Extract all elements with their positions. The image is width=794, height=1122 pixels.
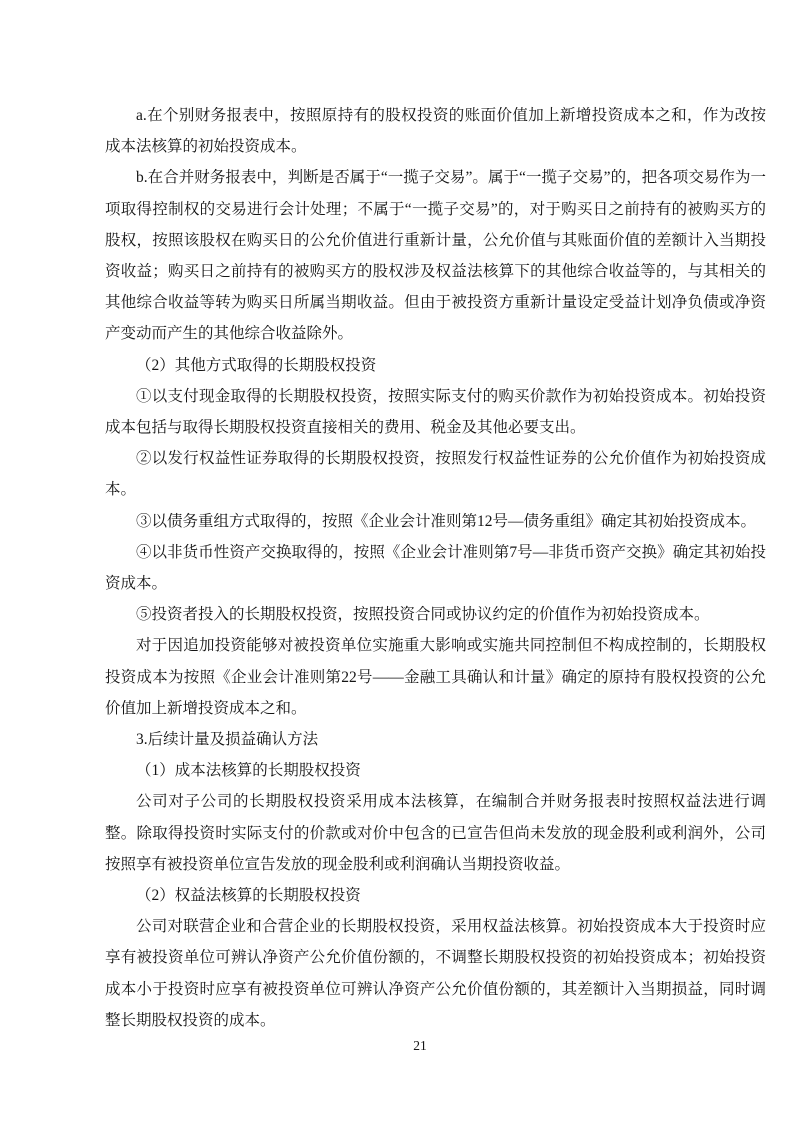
heading-cost-method: （1）成本法核算的长期股权投资 [105, 755, 766, 786]
paragraph-cost-method-detail: 公司对子公司的长期股权投资采用成本法核算，在编制合并财务报表时按照权益法进行调整… [105, 786, 766, 880]
paragraph-individual-statements: a.在个别财务报表中，按照原持有的股权投资的账面价值加上新增投资成本之和，作为改… [105, 100, 766, 162]
paragraph-additional-investment: 对于因追加投资能够对被投资单位实施重大影响或实施共同控制但不构成控制的，长期股权… [105, 630, 766, 724]
heading-other-acquisition-methods: （2）其他方式取得的长期股权投资 [105, 350, 766, 381]
paragraph-investor-contribution: ⑤投资者投入的长期股权投资，按照投资合同或协议约定的价值作为初始投资成本。 [105, 599, 766, 630]
heading-equity-method: （2）权益法核算的长期股权投资 [105, 880, 766, 911]
paragraph-consolidated-statements: b.在合并财务报表中，判断是否属于“一揽子交易”。属于“一揽子交易”的，把各项交… [105, 162, 766, 349]
paragraph-equity-method-detail: 公司对联营企业和合营企业的长期股权投资，采用权益法核算。初始投资成本大于投资时应… [105, 911, 766, 1036]
text-block: a.在个别财务报表中，按照原持有的股权投资的账面价值加上新增投资成本之和，作为改… [105, 100, 766, 1036]
paragraph-equity-securities-acquisition: ②以发行权益性证券取得的长期股权投资，按照发行权益性证券的公允价值作为初始投资成… [105, 443, 766, 505]
document-page: a.在个别财务报表中，按照原持有的股权投资的账面价值加上新增投资成本之和，作为改… [0, 0, 794, 1122]
paragraph-cash-acquisition: ①以支付现金取得的长期股权投资，按照实际支付的购买价款作为初始投资成本。初始投资… [105, 381, 766, 443]
paragraph-debt-restructuring-acquisition: ③以债务重组方式取得的，按照《企业会计准则第12号—债务重组》确定其初始投资成本… [105, 506, 766, 537]
page-number: 21 [370, 1038, 470, 1054]
heading-subsequent-measurement: 3.后续计量及损益确认方法 [105, 724, 766, 755]
paragraph-nonmonetary-exchange-acquisition: ④以非货币性资产交换取得的，按照《企业会计准则第7号—非货币资产交换》确定其初始… [105, 537, 766, 599]
